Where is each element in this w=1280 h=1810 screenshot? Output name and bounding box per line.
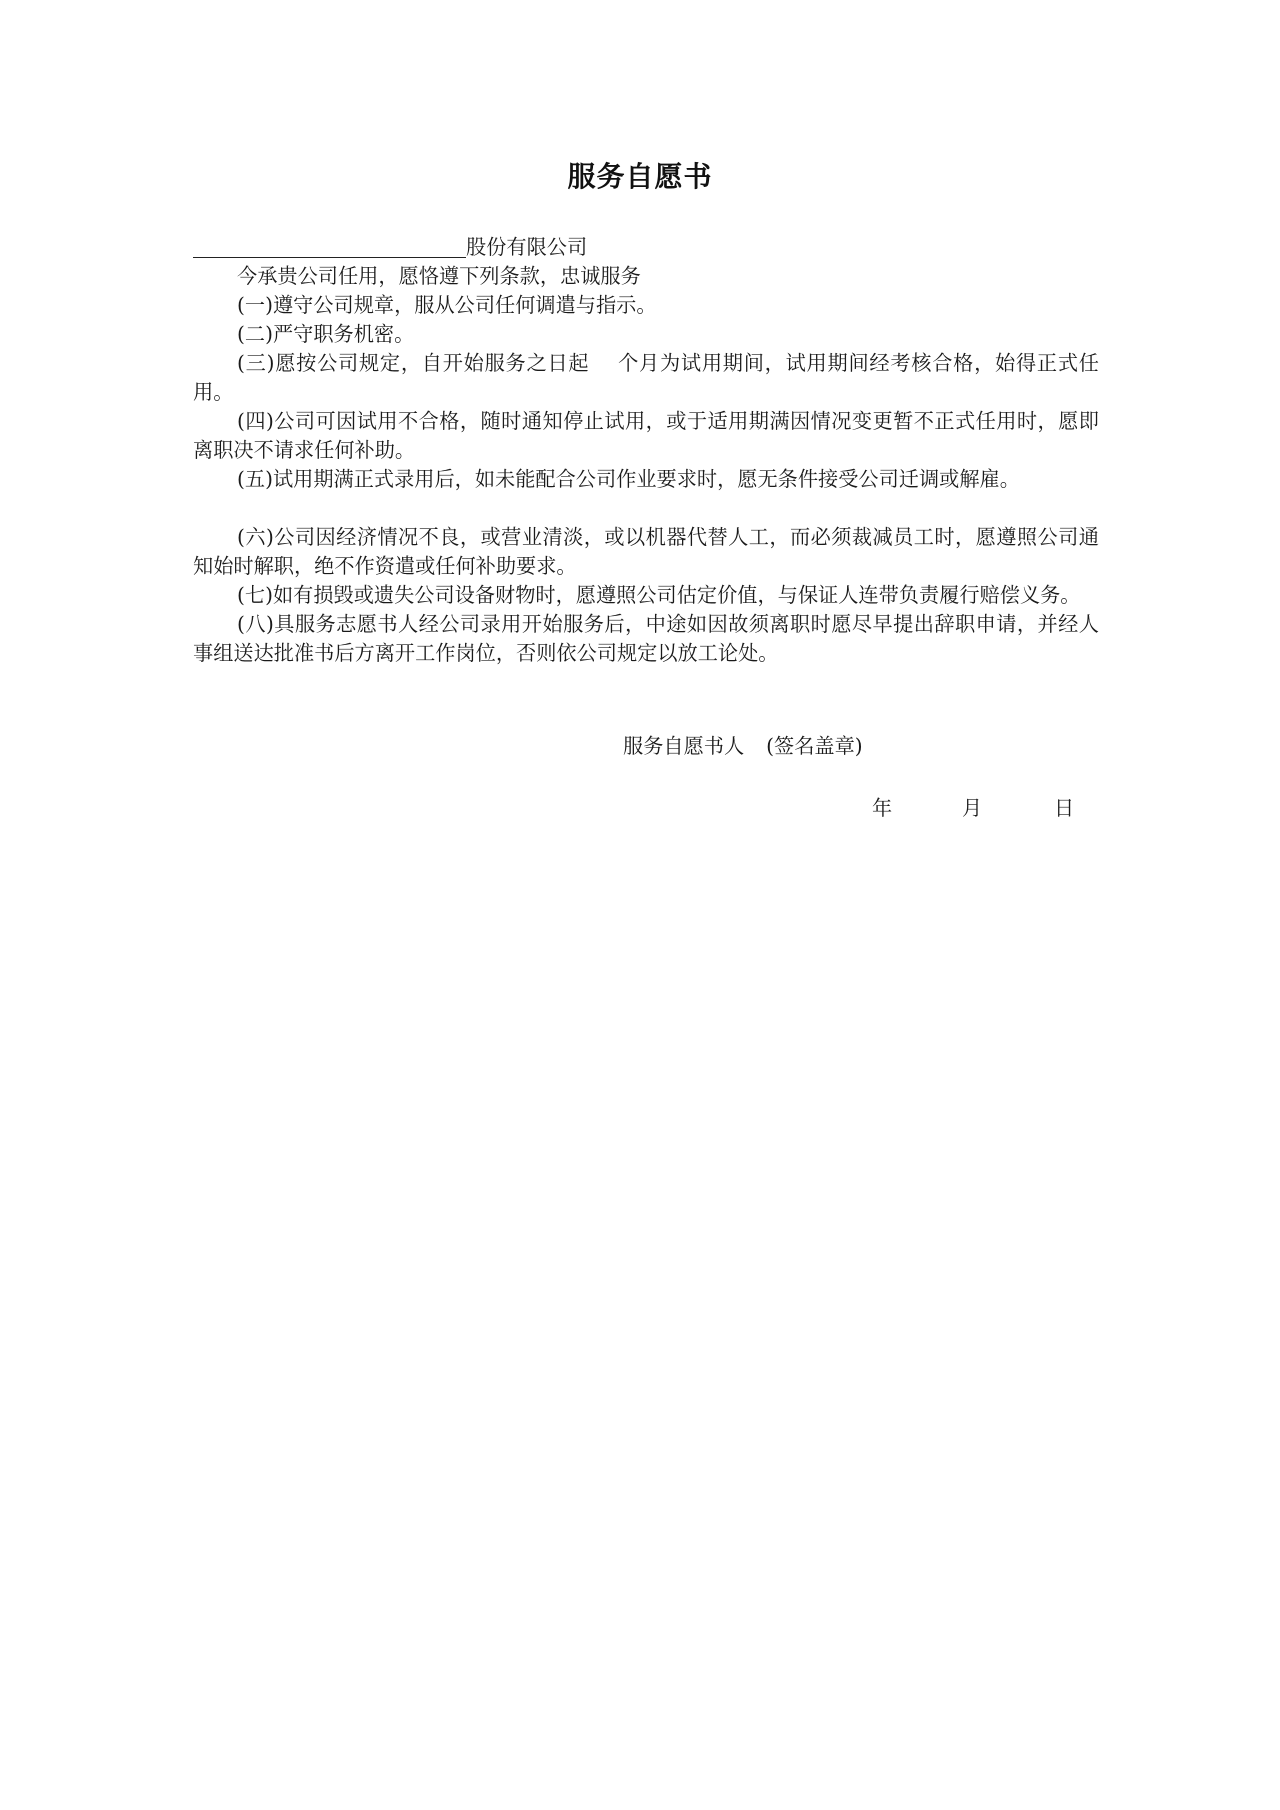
document-page: 服务自愿书 股份有限公司 今承贵公司任用，愿恪遵下列条款，忠诚服务 (一)遵守公…	[0, 0, 1280, 1810]
intro-paragraph: 今承贵公司任用，愿恪遵下列条款，忠诚服务	[193, 262, 1099, 291]
clause-5: (五)试用期满正式录用后，如未能配合公司作业要求时，愿无条件接受公司迁调或解雇。	[193, 465, 1099, 494]
document-body: 股份有限公司 今承贵公司任用，愿恪遵下列条款，忠诚服务 (一)遵守公司规章，服从…	[193, 233, 1099, 668]
paragraph-gap	[193, 494, 1099, 523]
date-month: 月	[962, 792, 982, 821]
date-day: 日	[1054, 792, 1074, 821]
clause-7: (七)如有损毁或遗失公司设备财物时，愿遵照公司估定价值，与保证人连带负责履行赔偿…	[193, 581, 1099, 610]
signature-note: (签名盖章)	[766, 734, 863, 758]
clause-6: (六)公司因经济情况不良，或营业清淡，或以机器代替人工，而必须裁减员工时，愿遵照…	[193, 523, 1099, 581]
signature-label: 服务自愿书人	[623, 734, 744, 758]
date-year: 年	[872, 792, 892, 821]
clause-3: (三)愿按公司规定，自开始服务之日起个月为试用期间，试用期间经考核合格，始得正式…	[193, 349, 1099, 407]
company-line: 股份有限公司	[193, 233, 1099, 262]
clause-3-before: (三)愿按公司规定，自开始服务之日起	[237, 351, 589, 375]
company-suffix: 股份有限公司	[466, 233, 587, 262]
clause-4: (四)公司可因试用不合格，随时通知停止试用，或于适用期满因情况变更暂不正式任用时…	[193, 407, 1099, 465]
clause-1: (一)遵守公司规章，服从公司任何调遣与指示。	[193, 291, 1099, 320]
company-name-blank[interactable]	[193, 235, 466, 258]
signature-line: 服务自愿书人(签名盖章)	[623, 730, 863, 759]
document-title: 服务自愿书	[0, 155, 1280, 195]
clause-2: (二)严守职务机密。	[193, 320, 1099, 349]
clause-8: (八)具服务志愿书人经公司录用开始服务后，中途如因故须离职时愿尽早提出辞职申请，…	[193, 610, 1099, 668]
